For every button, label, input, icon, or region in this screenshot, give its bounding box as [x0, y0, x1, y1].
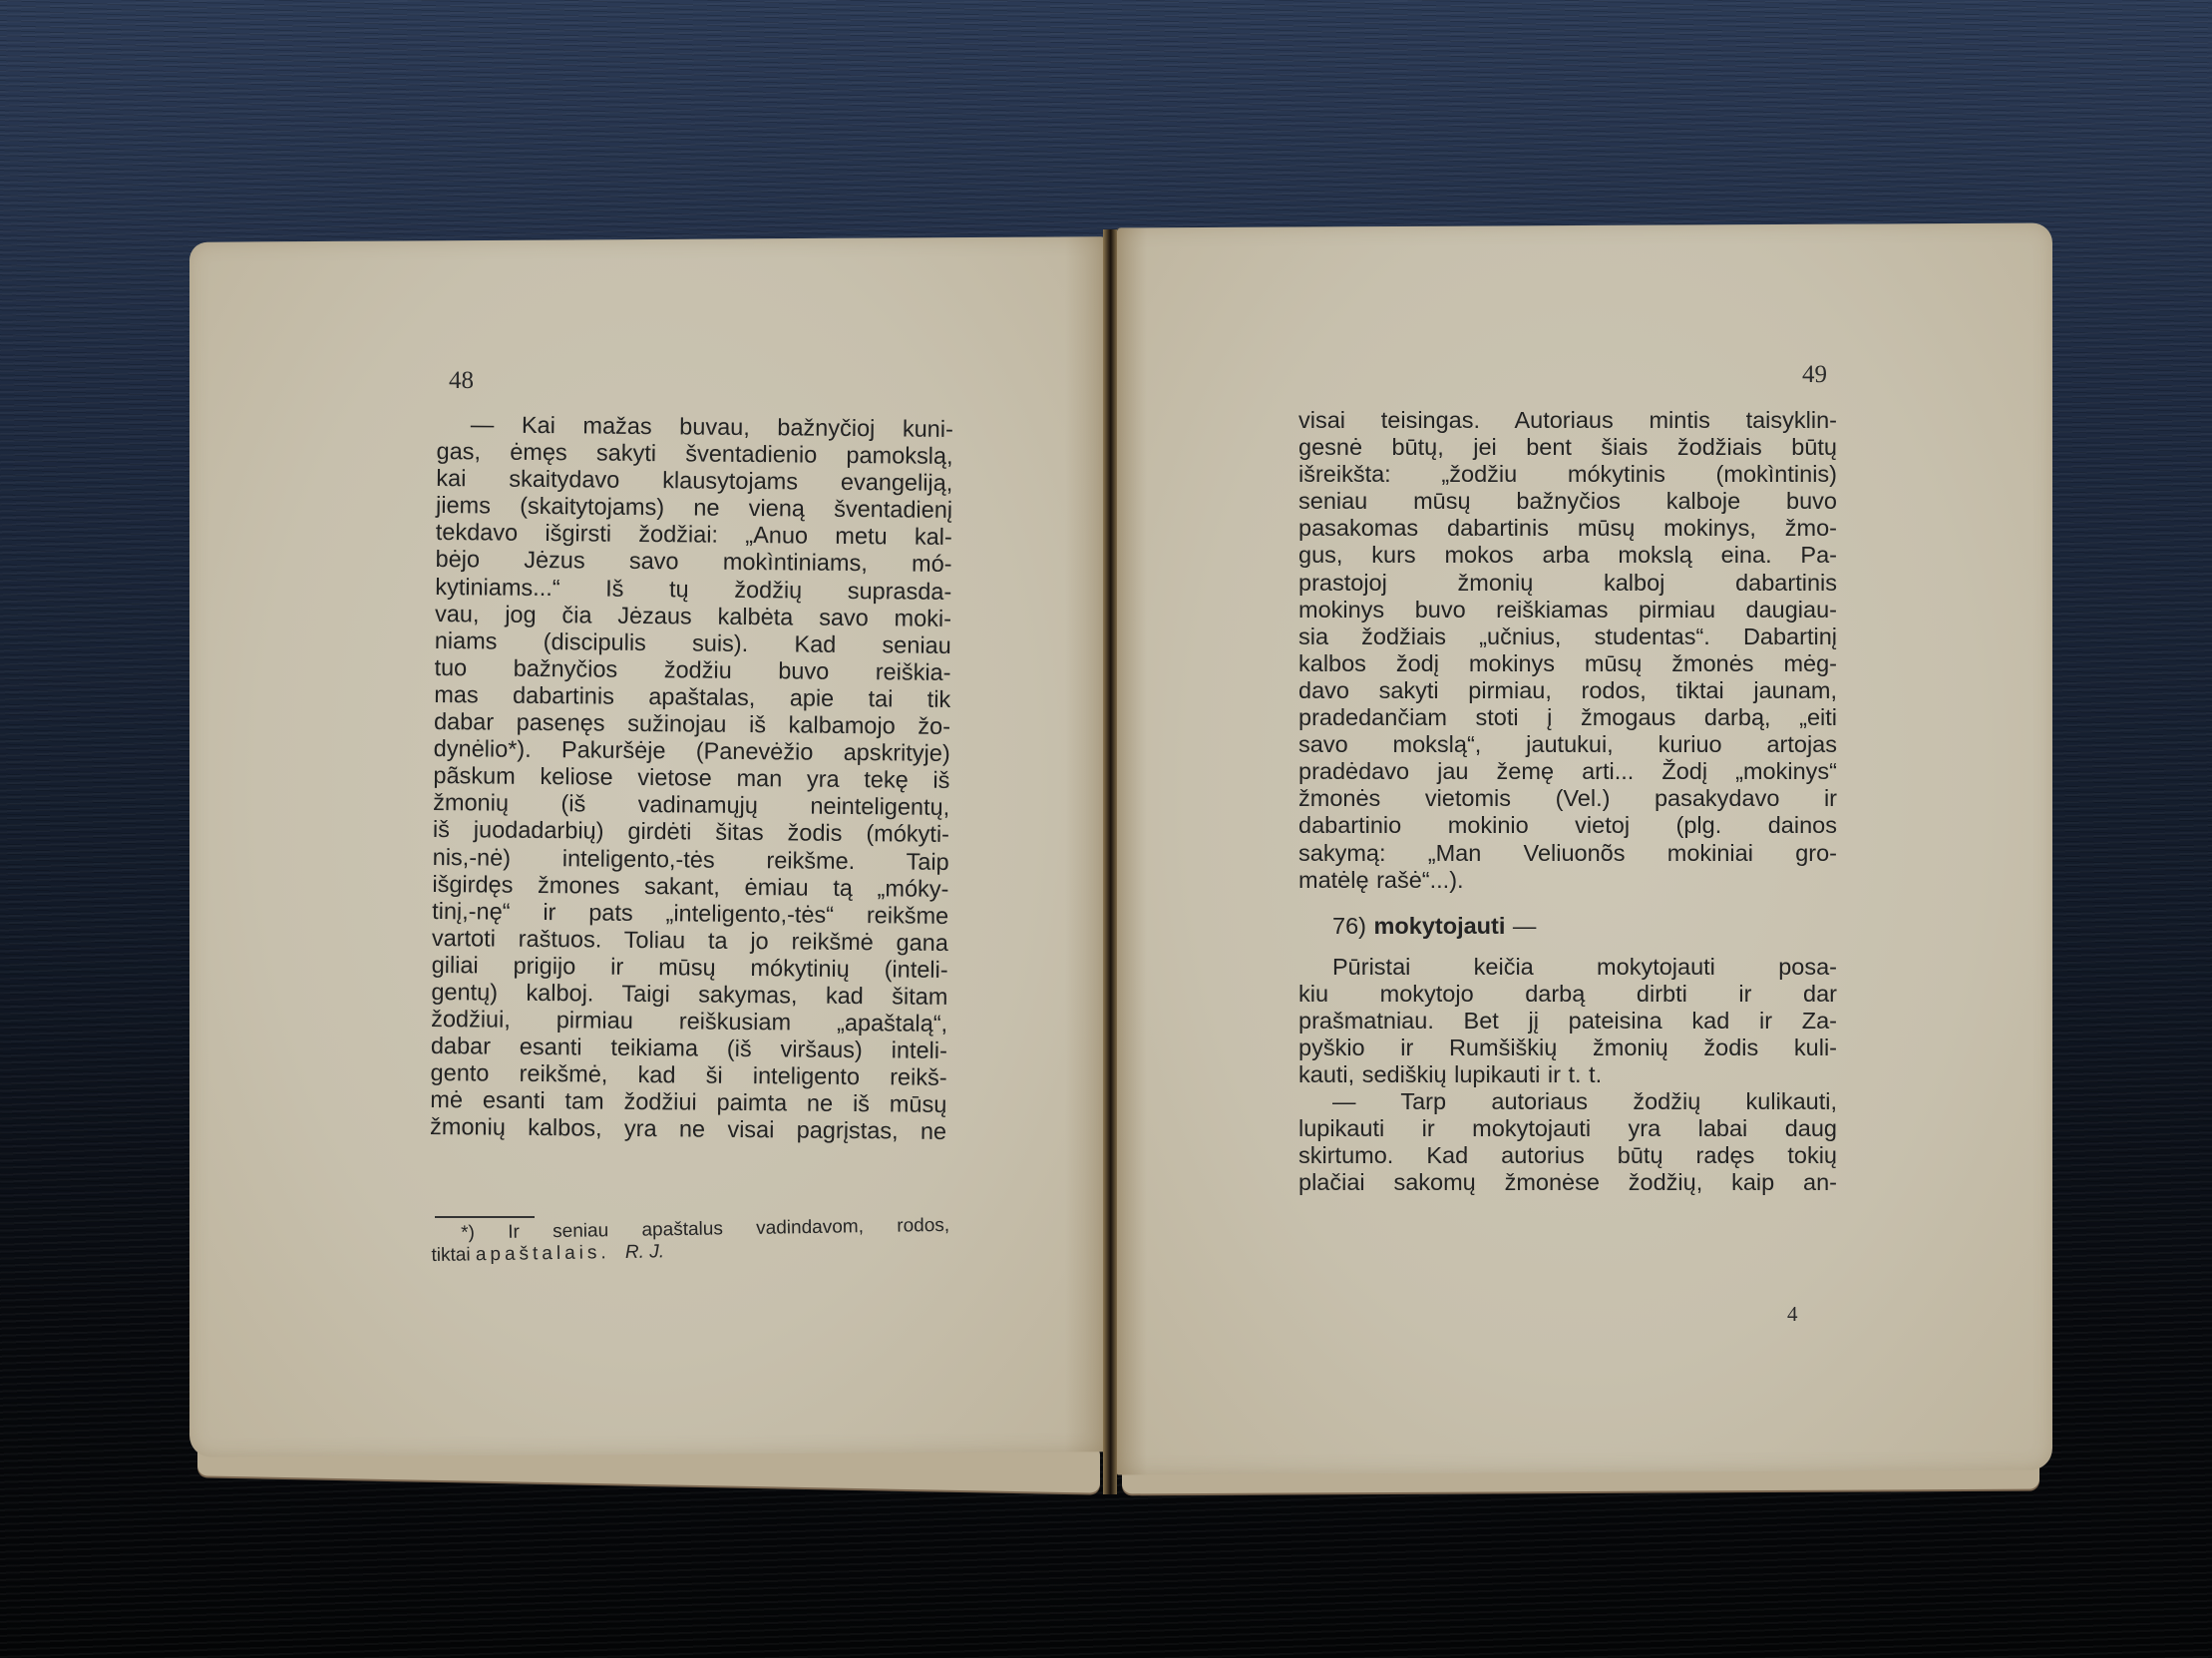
text-line: lupikauti ir mokytojauti yra labai daug — [1298, 1115, 1837, 1142]
text-line: sakymą: „Man Veliuonõs mokiniai gro- — [1298, 840, 1837, 867]
text-line: davo sakyti pirmiau, rodos, tiktai jauna… — [1298, 677, 1837, 704]
page-number-left: 48 — [449, 367, 474, 395]
text-line: gesnė būtų, jei bent šiais žodžiais būtų — [1298, 434, 1837, 461]
right-page-body: visai teisingas. Autoriaus mintis taisyk… — [1298, 407, 1837, 1197]
text-line: prastojoj žmonių kalboj dabartinis — [1298, 570, 1837, 597]
text-line: matėlę rašė“...). — [1298, 867, 1837, 894]
text-line: žmonių kalbos, yra ne visai pagrįstas, n… — [430, 1113, 946, 1145]
footnote-spaced-word: apaštalais. — [476, 1242, 610, 1265]
text-line: pasakomas dabartinis mūsų mokinys, žmo- — [1298, 515, 1837, 542]
text-line: pradėdavo jau žemę arti... Žodį „mokinys… — [1298, 758, 1837, 785]
footnote-rule — [435, 1216, 535, 1218]
text-line: pyškio ir Rumšiškių žmonių žodis kuli- — [1298, 1035, 1837, 1061]
text-line: kalbos žodį mokinys mūsų žmonės mėg- — [1298, 650, 1837, 677]
text-line: sia žodžiais „učnius, studentas“. Dabart… — [1298, 623, 1837, 650]
footnote-initials: R. J. — [625, 1241, 664, 1263]
text-line: prašmatniau. Bet jį pateisina kad ir Za- — [1298, 1008, 1837, 1035]
text-line: išreikšta: „žodžiu mókytinis (mokìntinis… — [1298, 461, 1837, 488]
text-line: dabartinio mokinio vietoj (plg. dainos — [1298, 812, 1837, 839]
text-line: — Tarp autoriaus žodžių kulikauti, — [1298, 1088, 1837, 1115]
book-spine — [1103, 229, 1117, 1494]
gutter-shadow — [1117, 227, 1147, 1474]
text-line: iš juodadarbių) girdėti šitas žodis (mók… — [433, 816, 949, 848]
footnote: *) Ir seniau apaštalus vadindavom, rodos… — [431, 1215, 950, 1267]
entry-heading: 76) mokytojauti — — [1298, 906, 1837, 946]
text-line: seniau mūsų bažnyčios kalboje buvo — [1298, 488, 1837, 515]
page-number-right: 49 — [1802, 361, 1827, 389]
entry-word: mokytojauti — [1374, 913, 1506, 939]
text-line: pradedančiam stoti į žmogaus darbą, „eit… — [1298, 704, 1837, 731]
text-line: mokinys buvo reiškiamas pirmiau daugiau- — [1298, 597, 1837, 623]
text-line: savo mokslą“, jautukui, kuriuo artojas — [1298, 731, 1837, 758]
entry-dash: — — [1513, 913, 1537, 939]
text-line: kauti, sediškių lupikauti ir t. t. — [1298, 1061, 1837, 1088]
text-line: plačiai sakomų žmonėse žodžių, kaip an- — [1298, 1169, 1837, 1196]
signature-mark: 4 — [1787, 1302, 1798, 1327]
entry-number: 76) — [1332, 913, 1366, 939]
text-line: kiu mokytojo darbą dirbti ir dar — [1298, 981, 1837, 1008]
text-line: gus, kurs mokos arba mokslą eina. Pa- — [1298, 542, 1837, 569]
left-page-body: — Kai mažas buvau, bažnyčioj kuni- gas, … — [430, 411, 953, 1145]
text-line: visai teisingas. Autoriaus mintis taisyk… — [1298, 407, 1837, 434]
gutter-shadow — [1065, 236, 1105, 1451]
footnote-word: tiktai — [431, 1244, 470, 1266]
text-line: skirtumo. Kad autorius būtų radęs tokių — [1298, 1142, 1837, 1169]
text-line: žmonės vietomis (Vel.) pasakydavo ir — [1298, 785, 1837, 812]
text-line: bėjo Jėzus savo mokìntiniams, mó- — [435, 546, 951, 578]
text-line: Pūristai keičia mokytojauti posa- — [1298, 954, 1837, 981]
